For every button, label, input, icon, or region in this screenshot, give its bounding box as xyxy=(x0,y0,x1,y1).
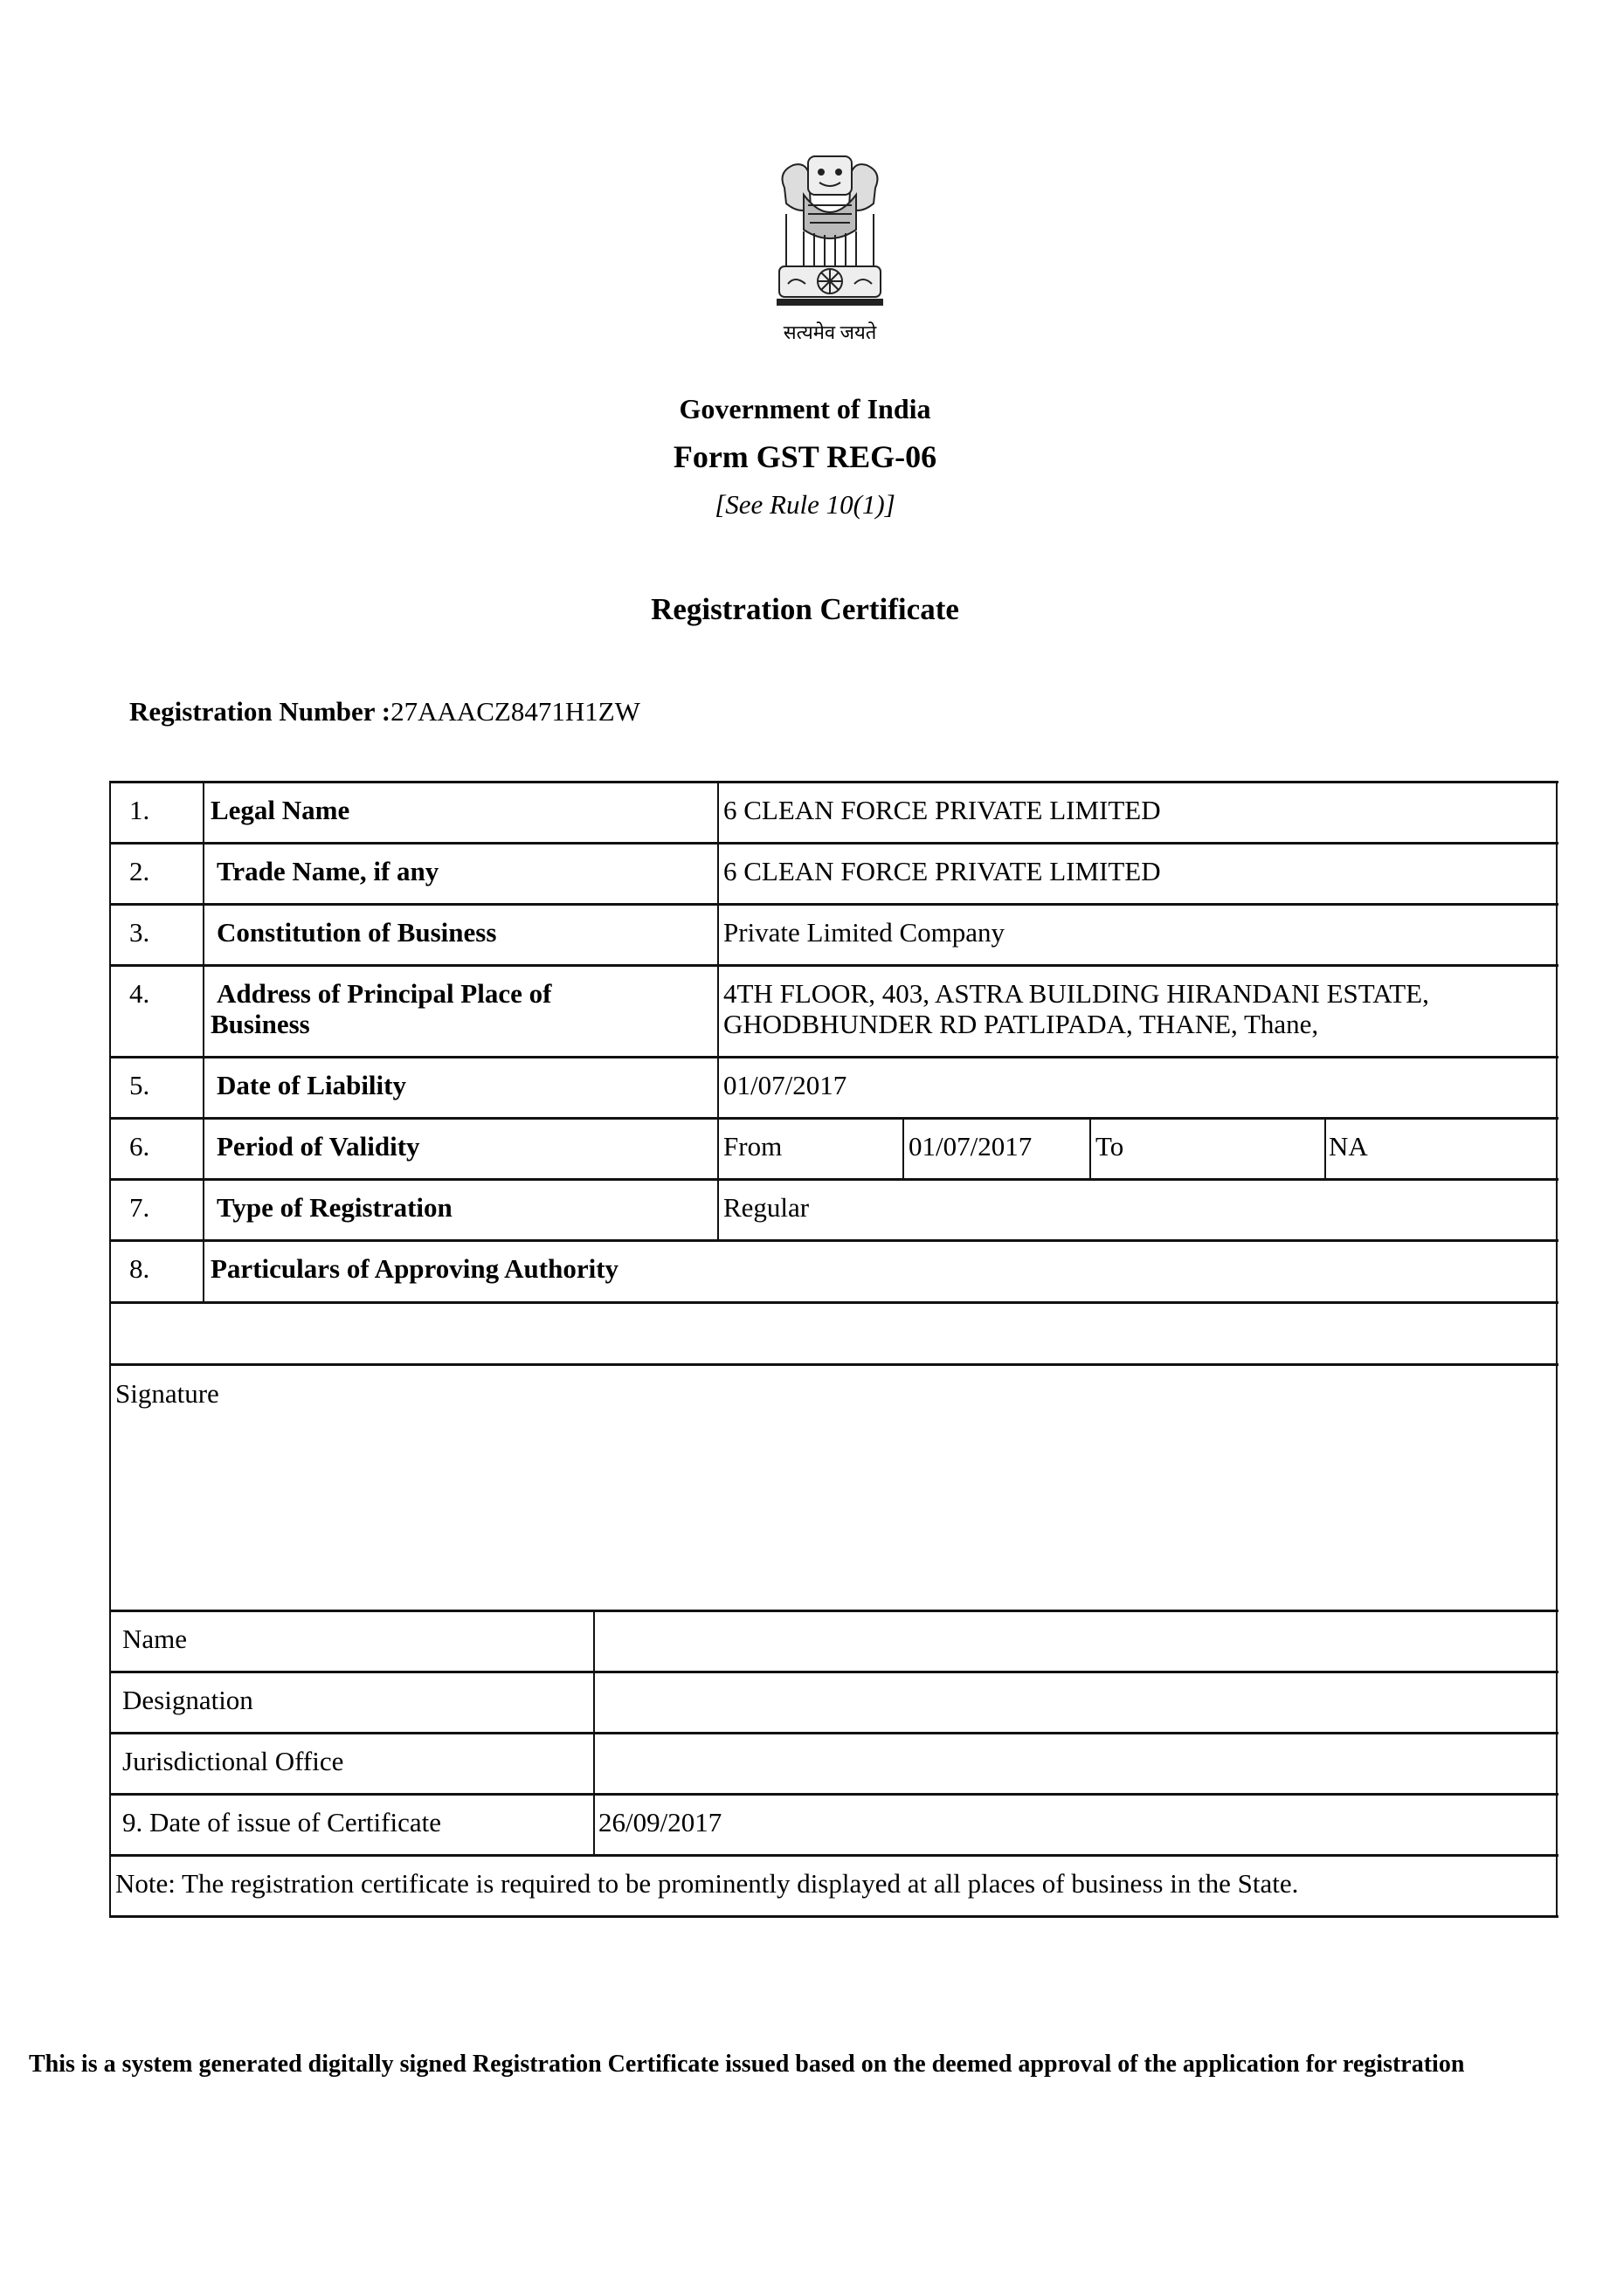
registration-type-value: Regular xyxy=(723,1192,809,1223)
row-label: Legal Name xyxy=(211,795,349,825)
row-label: Particulars of Approving Authority xyxy=(211,1253,618,1284)
registration-number: Registration Number :27AAACZ8471H1ZW xyxy=(129,696,640,727)
row-number: 6. xyxy=(129,1131,149,1162)
legal-name-value: 6 CLEAN FORCE PRIVATE LIMITED xyxy=(723,795,1161,825)
row-label: Type of Registration xyxy=(217,1192,453,1223)
validity-from-label: From xyxy=(723,1131,782,1162)
validity-from-value: 01/07/2017 xyxy=(909,1131,1032,1162)
government-heading: Government of India xyxy=(0,393,1610,425)
validity-to-value: NA xyxy=(1329,1131,1368,1162)
signature-label: Signature xyxy=(115,1378,219,1409)
row-label-continued: Business xyxy=(211,1009,310,1039)
trade-name-value: 6 CLEAN FORCE PRIVATE LIMITED xyxy=(723,856,1161,886)
validity-to-label: To xyxy=(1095,1131,1123,1162)
registration-number-label: Registration Number : xyxy=(129,696,390,727)
form-title: Form GST REG-06 xyxy=(0,438,1610,475)
approver-name-label: Name xyxy=(122,1624,187,1654)
row-number: 3. xyxy=(129,917,149,948)
row-label: Date of Liability xyxy=(217,1070,406,1100)
address-value-line1: 4TH FLOOR, 403, ASTRA BUILDING HIRANDANI… xyxy=(723,978,1429,1009)
display-note: Note: The registration certificate is re… xyxy=(115,1868,1298,1899)
issue-date-label: 9. Date of issue of Certificate xyxy=(122,1807,441,1837)
row-number: 1. xyxy=(129,795,149,825)
constitution-value: Private Limited Company xyxy=(723,917,1005,948)
row-label: Constitution of Business xyxy=(217,917,496,948)
row-label: Period of Validity xyxy=(217,1131,420,1162)
row-label: Trade Name, if any xyxy=(217,856,439,886)
row-number: 7. xyxy=(129,1192,149,1223)
certificate-title: Registration Certificate xyxy=(0,592,1610,627)
approver-designation-label: Designation xyxy=(122,1685,253,1715)
date-of-liability-value: 01/07/2017 xyxy=(723,1070,846,1100)
row-number: 4. xyxy=(129,978,149,1009)
national-emblem-icon xyxy=(769,153,891,323)
row-number: 8. xyxy=(129,1253,149,1284)
digital-signature-footer: This is a system generated digitally sig… xyxy=(29,2044,1566,2086)
row-number: 2. xyxy=(129,856,149,886)
national-motto: सत्यमेव जयते xyxy=(734,319,926,345)
registration-number-value: 27AAACZ8471H1ZW xyxy=(390,696,640,727)
jurisdictional-office-label: Jurisdictional Office xyxy=(122,1746,343,1776)
row-number: 5. xyxy=(129,1070,149,1100)
address-value-line2: GHODBHUNDER RD PATLIPADA, THANE, Thane, xyxy=(723,1009,1318,1039)
rule-reference: [See Rule 10(1)] xyxy=(0,489,1610,521)
row-label: Address of Principal Place of xyxy=(217,978,551,1009)
issue-date-value: 26/09/2017 xyxy=(598,1807,722,1837)
